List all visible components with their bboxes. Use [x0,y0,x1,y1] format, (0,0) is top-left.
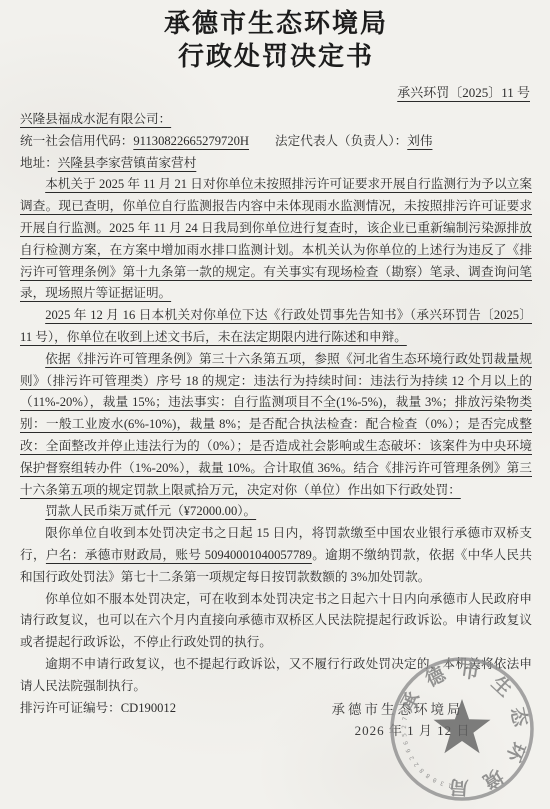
signature-block: 承德市生态环境局 2026 年 1 月 12 日 承德市生态环境局1308822… [285,652,545,809]
document-title-type: 行政处罚决定书 [20,41,532,72]
paragraph-payment: 限你单位自收到本处罚决定书之日起 15 日内，将罚款缴至中国农业银行承德市双桥支… [20,523,532,588]
seal-serial-digit: 3 [439,779,445,787]
seal-ring-char: 环 [501,739,529,766]
issue-date: 2026 年 1 月 12 日 [285,720,540,739]
penalty-amount-line: 罚款人民币柒万贰仟元（¥72000.00）。 [20,501,532,523]
seal-serial-digit: 0 [431,776,438,784]
seal-ring-char: 生 [487,671,517,701]
credit-code-line: 统一社会信用代码：91130822665279720H法定代表人（负责人）：刘伟 [20,131,532,153]
seal-ring-char: 市 [459,658,481,683]
paragraph-prior-notice: 2025 年 12 月 16 日本机关对你单位下达《行政处罚事先告知书》（承兴环… [20,305,532,349]
seal-serial-digit: 2 [413,761,421,768]
seal-serial-digit: 6 [405,747,413,753]
seal-serial-digit: 8 [418,766,426,774]
seal-ring-char: 境 [479,764,507,794]
paragraph-appeal-rights: 你单位如不服本处罚决定，可在收到本处罚决定书之日起六十日内向承德市人民政府申请行… [20,589,532,654]
payment-account-info: 户名：承德市财政局，账号 50940001040057789 [46,548,312,562]
seal-serial-digit: 6 [402,740,410,746]
seal-serial-digit: 1 [447,781,452,789]
recipient-line: 兴隆县福成水泥有限公司： [20,109,532,131]
permit-number-label: 排污许可证编号： [20,701,121,715]
scanned-penalty-document: { "doc": { "title_line1": "承德市生态环境局", "t… [0,0,550,809]
address-value: 兴隆县李家营镇苗家营村 [58,156,197,170]
seal-serial-digit: 2 [408,754,416,761]
seal-ring-char: 局 [449,775,469,798]
legal-rep-value: 刘伟 [407,134,432,148]
address-label: 地址： [20,156,58,170]
document-number: 承兴环罚〔2025〕11 号 [20,82,532,101]
issuer-name: 承德市生态环境局 [285,698,510,718]
credit-code-value: 91130822665279720H [133,134,249,148]
document-title-agency: 承德市生态环境局 [20,8,532,39]
credit-code-label: 统一社会信用代码： [20,134,133,148]
address-line: 地址：兴隆县李家营镇苗家营村 [20,153,532,175]
permit-number-value: CD190012 [121,701,176,715]
paragraph-legal-basis: 依据《排污许可管理条例》第三十六条第五项，参照《河北省生态环境行政处罚裁量规则》… [20,349,532,502]
seal-ring-char: 德 [422,662,450,692]
legal-rep-label: 法定代表人（负责人）： [275,134,407,148]
paragraph-investigation: 本机关于 2025 年 11 月 21 日对你单位未按照排污许可证要求开展自行监… [20,174,532,305]
seal-serial-digit: 8 [424,771,431,779]
document-page: 承德市生态环境局 行政处罚决定书 承兴环罚〔2025〕11 号 兴隆县福成水泥有… [20,6,532,719]
